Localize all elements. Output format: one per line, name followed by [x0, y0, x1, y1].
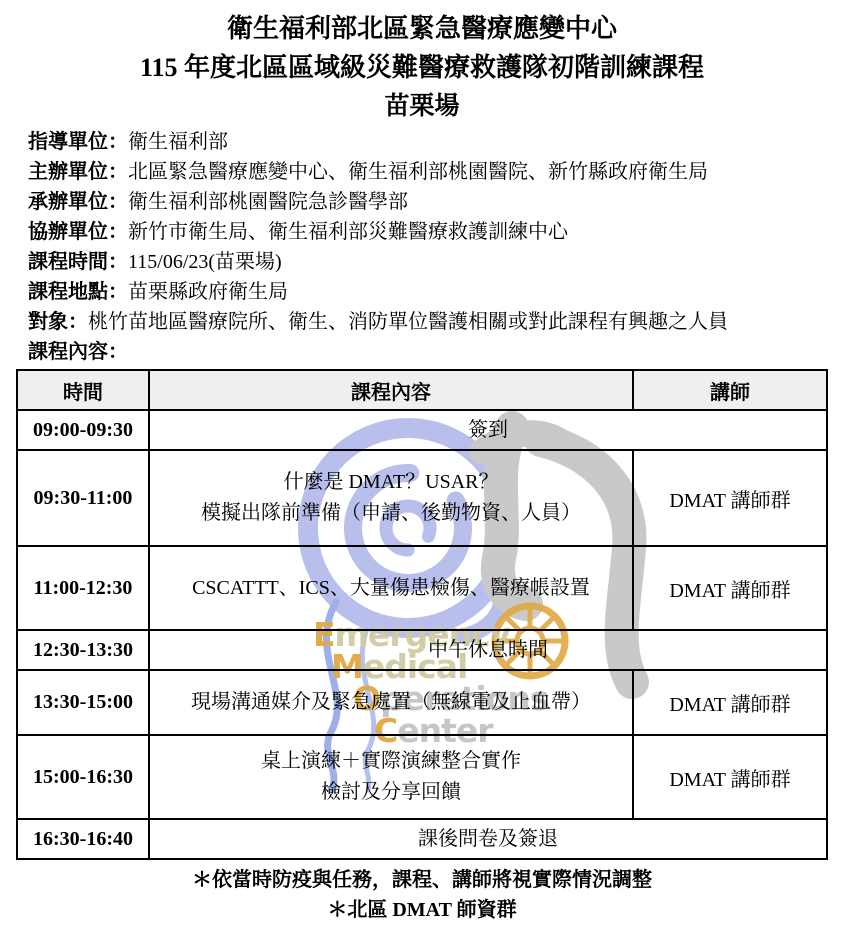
info-label: 課程地點： [28, 281, 128, 303]
page-title-line2: 115 年度北區區域級災難醫療救護隊初階訓練課程 [0, 48, 844, 88]
lecturer-cell: DMAT 講師群 [633, 670, 827, 735]
content-line: 中午休息時間 [152, 635, 824, 666]
content-cell: CSCATTT、ICS、大量傷患檢傷、醫療帳設置 [149, 546, 633, 630]
info-line: 承辦單位：衛生福利部桃園醫院急診醫學部 [28, 187, 830, 217]
info-line: 課程地點：苗栗縣政府衛生局 [28, 277, 830, 307]
info-value: 衛生福利部 [128, 131, 228, 153]
content-cell: 課後問卷及簽退 [149, 819, 827, 859]
time-cell: 11:00-12:30 [17, 546, 149, 630]
header-content: 課程內容 [149, 370, 633, 410]
table-row: 11:00-12:30CSCATTT、ICS、大量傷患檢傷、醫療帳設置DMAT … [17, 546, 827, 630]
info-label: 主辦單位： [28, 161, 128, 183]
info-line: 協辦單位：新竹市衛生局、衛生福利部災難醫療救護訓練中心 [28, 217, 830, 247]
info-line: 對象：桃竹苗地區醫療院所、衛生、消防單位醫護相關或對此課程有興趣之人員 [28, 307, 830, 337]
header-lecturer: 講師 [633, 370, 827, 410]
content-line: 現場溝通媒介及緊急處置（無線電及止血帶） [152, 687, 630, 718]
info-line: 指導單位：衛生福利部 [28, 127, 830, 157]
content-line: 什麼是 DMAT？USAR？ [152, 467, 630, 498]
course-table-body: 09:00-09:30簽到09:30-11:00什麼是 DMAT？USAR？模擬… [17, 410, 827, 859]
time-cell: 12:30-13:30 [17, 630, 149, 670]
time-cell: 09:30-11:00 [17, 450, 149, 546]
footnote-adjustment: ＊依當時防疫與任務，課程、講師將視實際情況調整 [0, 865, 844, 895]
time-cell: 09:00-09:30 [17, 410, 149, 450]
info-value: 桃竹苗地區醫療院所、衛生、消防單位醫護相關或對此課程有興趣之人員 [88, 311, 728, 333]
content-line: 模擬出隊前準備（申請、後勤物資、人員） [152, 498, 630, 529]
lecturer-cell: DMAT 講師群 [633, 735, 827, 819]
time-cell: 13:30-15:00 [17, 670, 149, 735]
info-line: 課程內容： [28, 337, 830, 367]
content-line: CSCATTT、ICS、大量傷患檢傷、醫療帳設置 [152, 573, 630, 604]
info-label: 課程內容： [28, 341, 128, 363]
document-content: 衛生福利部北區緊急醫療應變中心 115 年度北區區域級災難醫療救護隊初階訓練課程… [0, 0, 844, 925]
info-line: 課程時間：115/06/23(苗栗場) [28, 247, 830, 277]
lecturer-cell: DMAT 講師群 [633, 546, 827, 630]
time-cell: 16:30-16:40 [17, 819, 149, 859]
document-page: Emergency Medical Operations Center 衛生福利… [0, 0, 844, 936]
table-row: 16:30-16:40課後問卷及簽退 [17, 819, 827, 859]
table-row: 15:00-16:30桌上演練＋實際演練整合實作檢討及分享回饋DMAT 講師群 [17, 735, 827, 819]
table-row: 12:30-13:30中午休息時間 [17, 630, 827, 670]
table-row: 09:00-09:30簽到 [17, 410, 827, 450]
table-row: 09:30-11:00什麼是 DMAT？USAR？模擬出隊前準備（申請、後勤物資… [17, 450, 827, 546]
info-label: 對象： [28, 311, 88, 333]
content-line: 桌上演練＋實際演練整合實作 [152, 746, 630, 777]
content-cell: 桌上演練＋實際演練整合實作檢討及分享回饋 [149, 735, 633, 819]
lecturer-cell: DMAT 講師群 [633, 450, 827, 546]
footnote-instructors: ＊北區 DMAT 師資群 [0, 895, 844, 925]
content-line: 簽到 [152, 415, 824, 446]
info-label: 協辦單位： [28, 221, 128, 243]
info-label: 承辦單位： [28, 191, 128, 213]
info-label: 指導單位： [28, 131, 128, 153]
content-cell: 簽到 [149, 410, 827, 450]
info-value: 苗栗縣政府衛生局 [128, 281, 288, 303]
info-line: 主辦單位：北區緊急醫療應變中心、衛生福利部桃園醫院、新竹縣政府衛生局 [28, 157, 830, 187]
page-title-line1: 衛生福利部北區緊急醫療應變中心 [0, 10, 844, 48]
title-block: 衛生福利部北區緊急醫療應變中心 115 年度北區區域級災難醫療救護隊初階訓練課程… [0, 0, 844, 125]
info-label: 課程時間： [28, 251, 128, 273]
content-line: 課後問卷及簽退 [152, 824, 824, 855]
page-title-line3: 苗栗場 [0, 88, 844, 125]
content-cell: 中午休息時間 [149, 630, 827, 670]
footnotes-block: ＊依當時防疫與任務，課程、講師將視實際情況調整 ＊北區 DMAT 師資群 [0, 865, 844, 925]
time-cell: 15:00-16:30 [17, 735, 149, 819]
content-cell: 現場溝通媒介及緊急處置（無線電及止血帶） [149, 670, 633, 735]
header-time: 時間 [17, 370, 149, 410]
info-value: 新竹市衛生局、衛生福利部災難醫療救護訓練中心 [128, 221, 568, 243]
content-line: 檢討及分享回饋 [152, 777, 630, 808]
info-value: 北區緊急醫療應變中心、衛生福利部桃園醫院、新竹縣政府衛生局 [128, 161, 708, 183]
table-row: 13:30-15:00現場溝通媒介及緊急處置（無線電及止血帶）DMAT 講師群 [17, 670, 827, 735]
info-value: 115/06/23(苗栗場) [128, 251, 282, 273]
content-cell: 什麼是 DMAT？USAR？模擬出隊前準備（申請、後勤物資、人員） [149, 450, 633, 546]
info-value: 衛生福利部桃園醫院急診醫學部 [128, 191, 408, 213]
course-info-block: 指導單位：衛生福利部主辦單位：北區緊急醫療應變中心、衛生福利部桃園醫院、新竹縣政… [0, 125, 844, 367]
course-schedule-table: 時間 課程內容 講師 09:00-09:30簽到09:30-11:00什麼是 D… [16, 369, 828, 860]
table-header-row: 時間 課程內容 講師 [17, 370, 827, 410]
